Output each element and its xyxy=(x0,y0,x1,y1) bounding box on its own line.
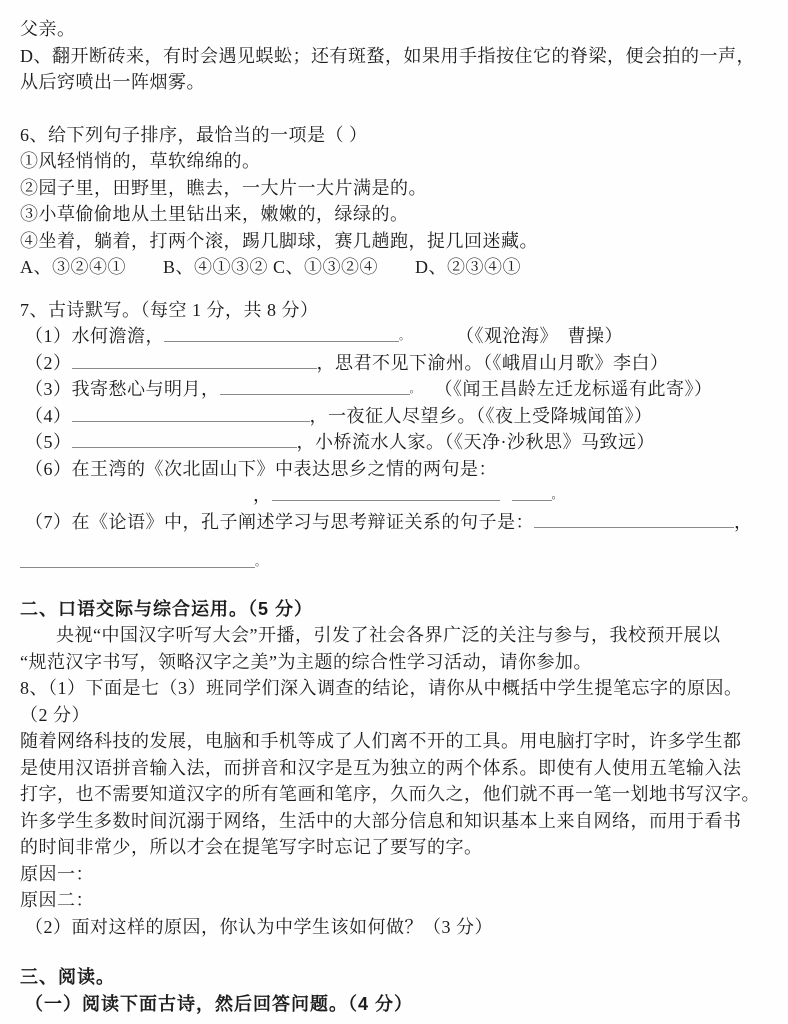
text-run: 三、阅读。 xyxy=(20,967,115,987)
text-run: 。 xyxy=(552,489,563,501)
text-run: 是使用汉语拼音输入法，而拼音和汉字是互为独立的两个体系。即使有人使用五笔输入法 xyxy=(20,758,742,778)
spacer xyxy=(421,394,435,395)
option-d-line2: 从后窍喷出一阵烟雾。 xyxy=(20,69,788,96)
text-run: ， xyxy=(253,485,272,505)
text-run: ④坐着，躺着，打两个滚，踢几脚球，赛几趟跑，捉几回迷藏。 xyxy=(20,231,538,251)
answer-blank xyxy=(512,485,552,501)
text-run: ，一夜征人尽望乡。（《夜上受降城闻笛》） xyxy=(310,406,653,426)
text-run: ③小草偷偷地从土里钻出来，嫩嫩的，绿绿的。 xyxy=(20,204,409,224)
text-run: 的时间非常少，所以才会在提笔写字时忘记了要写的字。 xyxy=(20,837,483,857)
text-run: （6）在王湾的《次北固山下》中表达思乡之情的两句是： xyxy=(25,459,497,479)
q7-item-3: （3）我寄愁心与明月，。（《闻王昌龄左迁龙标遥有此寄》） xyxy=(20,376,788,403)
text-run: （《闻王昌龄左迁龙标遥有此寄》） xyxy=(435,379,713,399)
text-run: （5） xyxy=(25,432,72,452)
text-run: （4） xyxy=(25,406,72,426)
text-run: （7）在《论语》中，孔子阐述学习与思考辩证关系的句子是： xyxy=(25,512,534,532)
text-run: 央视“中国汉字听写大会”开播，引发了社会各界广泛的关注与参与，我校预开展以 xyxy=(56,625,720,645)
q8-passage-line1: 随着网络科技的发展，电脑和手机等成了人们离不开的工具。用电脑打字时，许多学生都 xyxy=(20,728,788,755)
text-run: 原因二： xyxy=(20,890,94,910)
q8-reason1-label: 原因一： xyxy=(20,861,788,888)
option-c-tail: 父亲。 xyxy=(20,16,788,43)
exam-document-page: 父亲。D、翻开断砖来，有时会遇见蜈蚣；还有斑蝥，如果用手指按住它的脊梁，便会拍的… xyxy=(0,0,788,1024)
text-run: 二、口语交际与综合运用。（5 分） xyxy=(20,599,313,619)
q6-sentence-4: ④坐着，躺着，打两个滚，踢几脚球，赛几趟跑，捉几回迷藏。 xyxy=(20,228,788,255)
answer-blank xyxy=(72,432,297,448)
spacer xyxy=(410,341,456,342)
q6-sentence-3: ③小草偷偷地从土里钻出来，嫩嫩的，绿绿的。 xyxy=(20,201,788,228)
text-run: “规范汉字书写，领略汉字之美”为主题的综合性学习活动，请你参加。 xyxy=(20,652,592,672)
text-run: （2 分） xyxy=(20,705,90,725)
text-run: 8、（1）下面是七（3）班同学们深入调查的结论，请你从中概括中学生提笔忘字的原因… xyxy=(20,678,743,698)
q7-item-7: （7）在《论语》中，孔子阐述学习与思考辩证关系的句子是：， xyxy=(20,509,788,536)
text-run: 打字，也不需要知道汉字的所有笔画和笔序，久而久之，他们就不再一笔一划地书写汉字。 xyxy=(20,784,760,804)
q7-item-6: （6）在王湾的《次北固山下》中表达思乡之情的两句是： xyxy=(20,456,788,483)
section2-intro-line2: “规范汉字书写，领略汉字之美”为主题的综合性学习活动，请你参加。 xyxy=(20,649,788,676)
answer-blank xyxy=(272,485,500,501)
text-run: 。 xyxy=(410,383,421,395)
q8-passage-line3: 打字，也不需要知道汉字的所有笔画和笔序，久而久之，他们就不再一笔一划地书写汉字。 xyxy=(20,781,788,808)
spacer xyxy=(500,500,512,501)
answer-blank xyxy=(164,326,399,342)
answer-blank xyxy=(72,406,310,422)
text-run: 6、给下列句子排序，最恰当的一项是（ ） xyxy=(20,125,368,145)
section2-intro-line1: 央视“中国汉字听写大会”开播，引发了社会各界广泛的关注与参与，我校预开展以 xyxy=(20,622,788,649)
q8-passage-line2: 是使用汉语拼音输入法，而拼音和汉字是互为独立的两个体系。即使有人使用五笔输入法 xyxy=(20,755,788,782)
q8-part1-stem: 8、（1）下面是七（3）班同学们深入调查的结论，请你从中概括中学生提笔忘字的原因… xyxy=(20,675,788,702)
q7-item-4: （4），一夜征人尽望乡。（《夜上受降城闻笛》） xyxy=(20,403,788,430)
q7-item-1: （1）水何澹澹，。（《观沧海》 曹操） xyxy=(20,323,788,350)
text-run: （2）面对这样的原因，你认为中学生该如何做？（3 分） xyxy=(25,917,493,937)
q8-part2-stem: （2）面对这样的原因，你认为中学生该如何做？（3 分） xyxy=(20,914,788,941)
answer-blank xyxy=(534,512,734,528)
q8-part1-score: （2 分） xyxy=(20,702,788,729)
text-run: D、翻开断砖来，有时会遇见蜈蚣；还有斑蝥，如果用手指按住它的脊梁，便会拍的一声， xyxy=(20,46,755,66)
answer-blank xyxy=(20,552,255,568)
text-run: 原因一： xyxy=(20,864,94,884)
q6-sentence-1: ①风轻悄悄的，草软绵绵的。 xyxy=(20,148,788,175)
document-body: 父亲。D、翻开断砖来，有时会遇见蜈蚣；还有斑蝥，如果用手指按住它的脊梁，便会拍的… xyxy=(20,16,788,1017)
text-run: （《观沧海》 曹操） xyxy=(456,326,623,346)
text-run: 7、古诗默写。（每空 1 分，共 8 分） xyxy=(20,300,319,320)
q7-item-7-blank: 。 xyxy=(20,549,788,576)
text-run: ①风轻悄悄的，草软绵绵的。 xyxy=(20,151,261,171)
text-run: （1）水何澹澹， xyxy=(25,326,164,346)
section3-heading: 三、阅读。 xyxy=(20,964,788,991)
text-run: （一）阅读下面古诗，然后回答问题。（4 分） xyxy=(25,994,413,1014)
q6-choices: A、③②④① B、④①③② C、①③②④ D、②③④① xyxy=(20,254,788,281)
q7-item-2: （2），思君不见下渝州。（《峨眉山月歌》李白） xyxy=(20,350,788,377)
q8-passage-line5: 的时间非常少，所以才会在提笔写字时忘记了要写的字。 xyxy=(20,834,788,861)
q7-item-6-blanks: ，。 xyxy=(20,482,788,509)
answer-blank xyxy=(72,353,317,369)
text-run: 许多学生多数时间沉溺于网络，生活中的大部分信息和知识基本上来自网络，而用于看书 xyxy=(20,811,742,831)
section3-part1-heading: （一）阅读下面古诗，然后回答问题。（4 分） xyxy=(20,991,788,1018)
answer-blank xyxy=(220,379,410,395)
q8-passage-line4: 许多学生多数时间沉溺于网络，生活中的大部分信息和知识基本上来自网络，而用于看书 xyxy=(20,808,788,835)
text-run: ②园子里，田野里，瞧去，一大片一大片满是的。 xyxy=(20,178,427,198)
q8-reason2-label: 原因二： xyxy=(20,887,788,914)
text-run: ，小桥流水人家。（《天净·沙秋思》马致远） xyxy=(297,432,656,452)
text-run: 随着网络科技的发展，电脑和手机等成了人们离不开的工具。用电脑打字时，许多学生都 xyxy=(20,731,742,751)
section2-heading: 二、口语交际与综合运用。（5 分） xyxy=(20,596,788,623)
q7-stem: 7、古诗默写。（每空 1 分，共 8 分） xyxy=(20,297,788,324)
text-run: A、③②④① B、④①③② C、①③②④ D、②③④① xyxy=(20,257,521,277)
q7-item-5: （5），小桥流水人家。（《天净·沙秋思》马致远） xyxy=(20,429,788,456)
option-d-line1: D、翻开断砖来，有时会遇见蜈蚣；还有斑蝥，如果用手指按住它的脊梁，便会拍的一声， xyxy=(20,43,788,70)
q6-stem: 6、给下列句子排序，最恰当的一项是（ ） xyxy=(20,122,788,149)
text-run: 。 xyxy=(255,556,266,568)
text-run: （2） xyxy=(25,353,72,373)
text-run: 。 xyxy=(399,330,410,342)
text-run: ，思君不见下渝州。（《峨眉山月歌》李白） xyxy=(317,353,669,373)
text-run: 父亲。 xyxy=(20,19,76,39)
q6-sentence-2: ②园子里，田野里，瞧去，一大片一大片满是的。 xyxy=(20,175,788,202)
text-run: 从后窍喷出一阵烟雾。 xyxy=(20,72,205,92)
text-run: （3）我寄愁心与明月， xyxy=(25,379,220,399)
text-run: ， xyxy=(734,512,753,532)
